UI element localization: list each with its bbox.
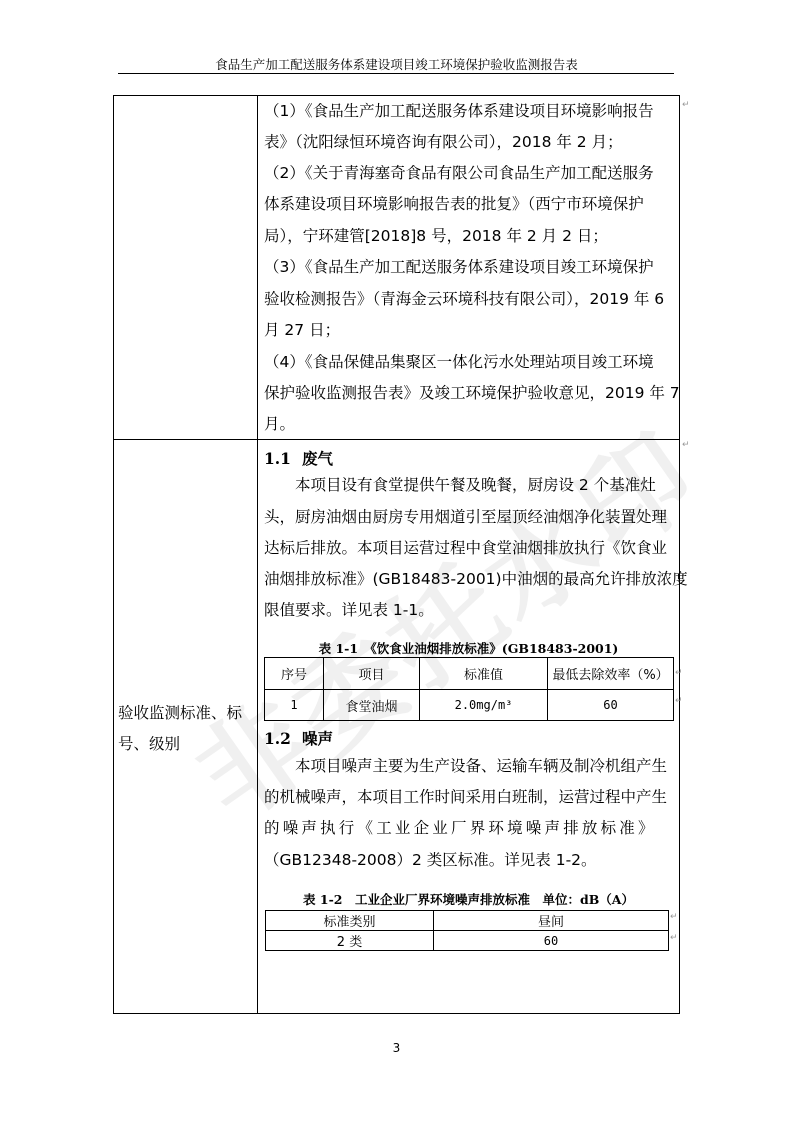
reference-line: 保护验收监测报告表》及竣工环境保护验收意见，2019 年 7 [264,378,680,410]
table-noise-standard: 标准类别 昼间 2 类 60 [265,910,669,951]
paragraph-line: 头，厨房油烟由厨房专用烟道引至屋顶经油烟净化装置处理 [264,502,667,533]
reference-line: 局），宁环建管[2018]8 号，2018 年 2 月 2 日； [264,221,608,253]
table-cell: 2 类 [266,931,434,951]
reference-line: 验收检测报告》（青海金云环境科技有限公司），2019 年 6 [264,284,664,316]
paragraph-mark-icon: ↵ [682,100,690,110]
reference-line: 表》（沈阳绿恒环境咨询有限公司），2018 年 2 月； [264,127,623,159]
table-header-cell: 序号 [265,658,324,690]
paragraph-mark-icon: ↵ [682,440,690,450]
paragraph-mark-icon: ↵ [670,912,678,922]
table-cell: 1 [265,690,324,721]
table-row: 2 类 60 [266,931,669,951]
paragraph-mark-icon: ↵ [675,696,683,706]
row-divider [114,439,679,440]
section-heading-noise: 1.2噪声 [264,727,333,749]
reference-line: 月 27 日； [264,315,340,347]
table-cell: 60 [434,931,669,951]
paragraph-line: 油烟排放标准》(GB18483-2001)中油烟的最高允许排放浓度 [264,564,688,595]
paragraph-line: 的机械噪声，本项目工作时间采用白班制，运营过程中产生 [264,782,667,813]
table-header-cell: 昼间 [434,911,669,931]
table-caption-1-1: 表 1-1 《饮食业油烟排放标准》(GB18483-2001) [264,639,673,657]
section-number: 1.1 [264,449,302,468]
table-header-cell: 标准类别 [266,911,434,931]
table-row: 1 食堂油烟 2.0mg/m³ 60 [265,690,674,721]
table-header-cell: 最低去除效率（%） [548,658,674,690]
paragraph-line: 限值要求。详见表 1-1。 [264,595,434,626]
table-header-cell: 标准值 [420,658,548,690]
section-title: 废气 [302,449,333,468]
header-rule [118,73,674,74]
reference-line: （3）《食品生产加工配送服务体系建设项目竣工环境保护 [264,252,654,284]
row-label-standards-cont: 号、级别 [118,729,180,761]
reference-line: （4）《食品保健品集聚区一体化污水处理站项目竣工环境 [264,347,654,379]
paragraph-line: 的噪声执行《工业企业厂界环境噪声排放标准》 [264,813,657,844]
row-label-standards: 验收监测标准、标 [118,698,242,730]
table-header-row: 序号 项目 标准值 最低去除效率（%） [265,658,674,690]
table-cell: 2.0mg/m³ [420,690,548,721]
table-caption-1-2: 表 1-2 工业企业厂界环境噪声排放标准 单位：dB（A） [264,890,673,908]
table-oil-fume-standard: 序号 项目 标准值 最低去除效率（%） 1 食堂油烟 2.0mg/m³ 60 [264,657,674,721]
reference-line: 月。 [264,409,295,441]
page-header-title: 食品生产加工配送服务体系建设项目竣工环境保护验收监测报告表 [0,55,793,73]
table-cell: 60 [548,690,674,721]
reference-line: 体系建设项目环境影响报告表的批复》（西宁市环境保护 [264,189,644,221]
column-divider [257,96,258,1013]
paragraph-mark-icon: ↵ [675,668,683,678]
page-number: 3 [0,1041,793,1055]
paragraph-mark-icon: ↵ [670,933,678,943]
section-title: 噪声 [302,729,333,748]
table-header-row: 标准类别 昼间 [266,911,669,931]
section-heading-exhaust: 1.1废气 [264,447,333,469]
reference-line: （1）《食品生产加工配送服务体系建设项目环境影响报告 [264,96,654,128]
table-header-cell: 项目 [324,658,420,690]
paragraph-line: 达标后排放。本项目运营过程中食堂油烟排放执行《饮食业 [264,533,667,564]
paragraph-line: （GB12348-2008）2 类区标准。详见表 1-2。 [264,845,597,876]
paragraph-line: 本项目噪声主要为生产设备、运输车辆及制冷机组产生 [295,751,667,782]
paragraph-line: 本项目设有食堂提供午餐及晚餐，厨房设 2 个基准灶 [295,470,656,501]
section-number: 1.2 [264,729,302,748]
table-cell: 食堂油烟 [324,690,420,721]
reference-line: （2）《关于青海塞奇食品有限公司食品生产加工配送服务 [264,158,654,190]
